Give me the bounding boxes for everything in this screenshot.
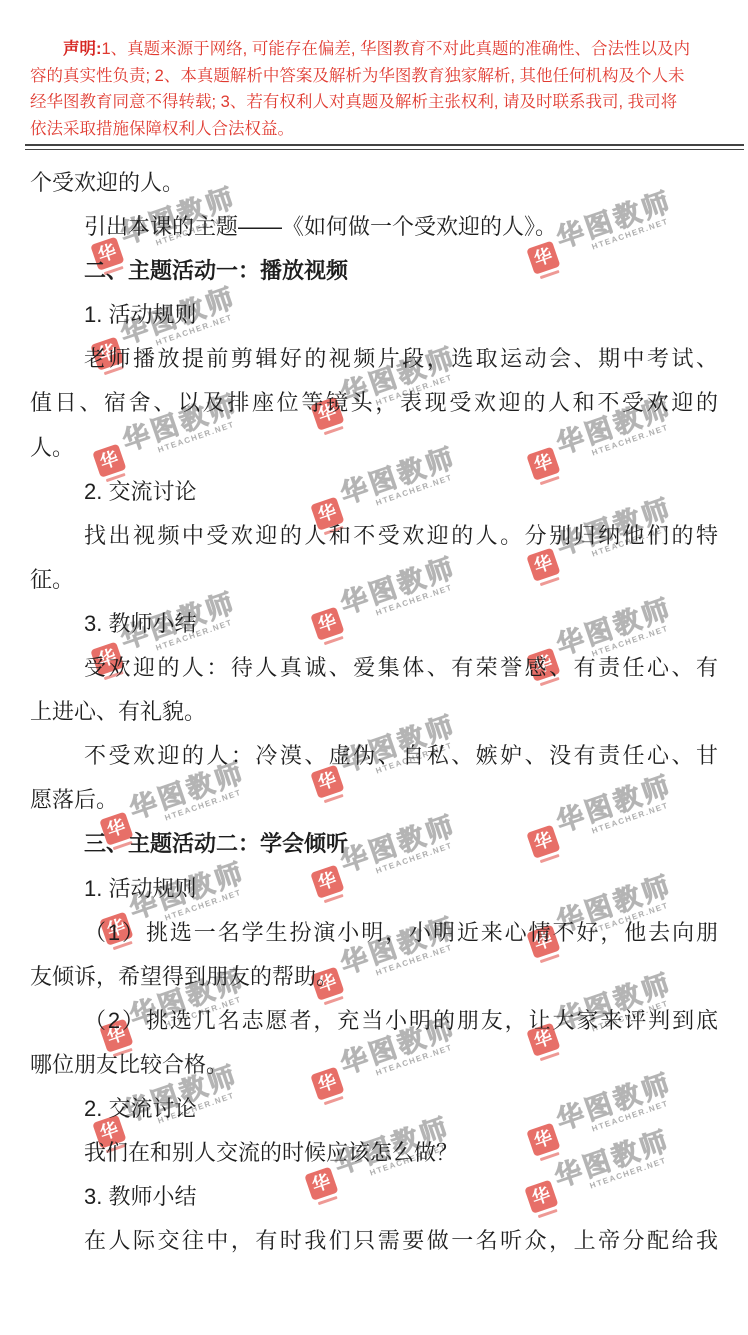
document-body: 个受欢迎的人。引出本课的主题——《如何做一个受欢迎的人》。二、主题活动一：播放视… <box>30 161 718 1263</box>
disclaimer-label: 声明: <box>63 40 102 58</box>
body-line: 人。 <box>30 426 718 470</box>
disclaimer-line: 容的真实性负责; 2、本真题解析中答案及解析为华图教育独家解析, 其他任何机构及… <box>30 63 724 90</box>
body-line: 哪位朋友比较合格。 <box>30 1043 718 1087</box>
body-line: 上进心、有礼貌。 <box>30 690 718 734</box>
body-line: 引出本课的主题——《如何做一个受欢迎的人》。 <box>30 205 718 249</box>
body-line: 个受欢迎的人。 <box>30 161 718 205</box>
body-line: 征。 <box>30 558 718 602</box>
document-page: 华华图教师HTEACHER.NET华华图教师HTEACHER.NET华华图教师H… <box>0 0 748 1335</box>
body-line: 受欢迎的人：待人真诚、爱集体、有荣誉感、有责任心、有 <box>30 646 718 690</box>
body-line: 老师播放提前剪辑好的视频片段，选取运动会、期中考试、 <box>30 337 718 381</box>
body-line: 值日、宿舍、以及排座位等镜头，表现受欢迎的人和不受欢迎的 <box>30 381 718 425</box>
body-line: 3. 教师小结 <box>30 602 718 646</box>
disclaimer: 声明:1、真题来源于网络, 可能存在偏差, 华图教育不对此真题的准确性、合法性以… <box>30 36 724 142</box>
body-line: 1. 活动规则 <box>30 293 718 337</box>
disclaimer-line: 依法采取措施保障权利人合法权益。 <box>30 116 724 143</box>
body-line: 2. 交流讨论 <box>30 1087 718 1131</box>
body-line: 找出视频中受欢迎的人和不受欢迎的人。分别归纳他们的特 <box>30 514 718 558</box>
section-heading: 三、主题活动二：学会倾听 <box>30 822 718 866</box>
section-heading: 二、主题活动一：播放视频 <box>30 249 718 293</box>
body-line: （2）挑选几名志愿者，充当小明的朋友，让大家来评判到底 <box>30 999 718 1043</box>
body-line: 我们在和别人交流的时候应该怎么做？ <box>30 1131 718 1175</box>
disclaimer-line: 声明:1、真题来源于网络, 可能存在偏差, 华图教育不对此真题的准确性、合法性以… <box>30 36 724 63</box>
body-line: 在人际交往中，有时我们只需要做一名听众，上帝分配给我 <box>30 1219 718 1263</box>
body-line: 2. 交流讨论 <box>30 470 718 514</box>
body-line: 3. 教师小结 <box>30 1175 718 1219</box>
body-line: （1）挑选一名学生扮演小明，小明近来心情不好，他去向朋 <box>30 911 718 955</box>
body-line: 不受欢迎的人：冷漠、虚伪、自私、嫉妒、没有责任心、甘 <box>30 734 718 778</box>
body-line: 友倾诉，希望得到朋友的帮助。 <box>30 955 718 999</box>
section-divider <box>25 144 744 150</box>
disclaimer-line: 经华图教育同意不得转载; 3、若有权利人对真题及解析主张权利, 请及时联系我司,… <box>30 89 724 116</box>
body-line: 愿落后。 <box>30 778 718 822</box>
body-line: 1. 活动规则 <box>30 867 718 911</box>
